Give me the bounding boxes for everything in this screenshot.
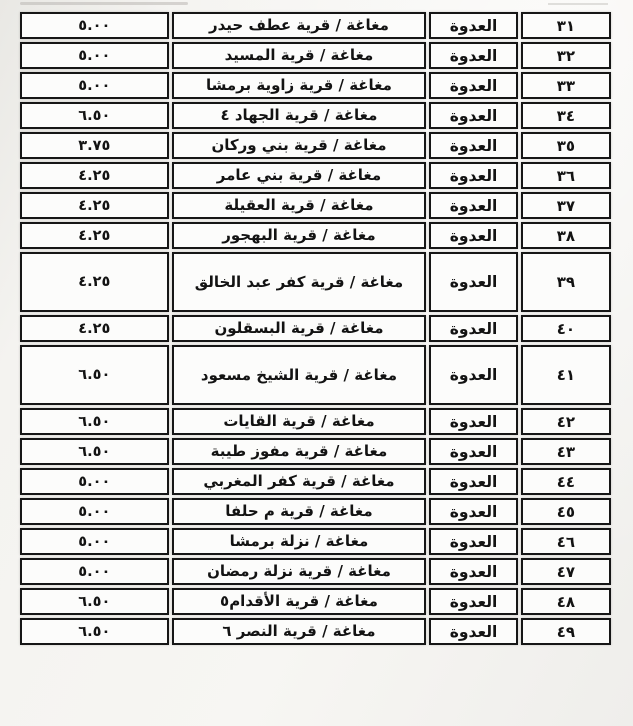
destination-cell: مغاغة / قرية نزلة رمضان [172, 558, 427, 585]
serial-cell: ٤٦ [521, 528, 611, 555]
destination-cell: مغاغة / قرية النصر ٦ [172, 618, 427, 645]
district-cell: العدوة [429, 192, 517, 219]
destination-cell: مغاغة / قرية الجهاد ٤ [172, 102, 427, 129]
district-cell: العدوة [429, 498, 517, 525]
district-cell: العدوة [429, 72, 517, 99]
fare-cell: ٦.٥٠ [20, 102, 169, 129]
fare-cell: ٥.٠٠ [20, 12, 169, 39]
district-cell: العدوة [429, 588, 517, 615]
serial-cell: ٤٣ [521, 438, 611, 465]
fare-cell: ٥.٠٠ [20, 468, 169, 495]
table-row: ٤١العدوةمغاغة / قرية الشيخ مسعود٦.٥٠ [20, 345, 611, 405]
district-cell: العدوة [429, 438, 517, 465]
table-row: ٤٢العدوةمغاغة / قرية القايات٦.٥٠ [20, 408, 611, 435]
fare-table-body: ٣١العدوةمغاغة / قرية عطف حيدر٥.٠٠٣٢العدو… [20, 12, 611, 645]
district-cell: العدوة [429, 558, 517, 585]
serial-cell: ٣٩ [521, 252, 611, 312]
serial-cell: ٣٥ [521, 132, 611, 159]
serial-cell: ٤١ [521, 345, 611, 405]
serial-cell: ٣٧ [521, 192, 611, 219]
fare-cell: ٤.٢٥ [20, 162, 169, 189]
destination-cell: مغاغة / قرية كفر عبد الخالق [172, 252, 427, 312]
table-row: ٣١العدوةمغاغة / قرية عطف حيدر٥.٠٠ [20, 12, 611, 39]
fare-cell: ٦.٥٠ [20, 438, 169, 465]
destination-cell: مغاغة / قرية مفوز طيبة [172, 438, 427, 465]
serial-cell: ٤٨ [521, 588, 611, 615]
destination-cell: مغاغة / قرية الأقدام٥ [172, 588, 427, 615]
destination-cell: مغاغة / قرية الشيخ مسعود [172, 345, 427, 405]
district-cell: العدوة [429, 618, 517, 645]
serial-cell: ٤٥ [521, 498, 611, 525]
district-cell: العدوة [429, 222, 517, 249]
table-row: ٤٨العدوةمغاغة / قرية الأقدام٥٦.٥٠ [20, 588, 611, 615]
fare-cell: ٤.٢٥ [20, 192, 169, 219]
fare-cell: ٦.٥٠ [20, 588, 169, 615]
district-cell: العدوة [429, 315, 517, 342]
district-cell: العدوة [429, 468, 517, 495]
district-cell: العدوة [429, 528, 517, 555]
serial-cell: ٣٣ [521, 72, 611, 99]
serial-cell: ٤٩ [521, 618, 611, 645]
fare-cell: ٥.٠٠ [20, 42, 169, 69]
serial-cell: ٣٢ [521, 42, 611, 69]
fare-cell: ٦.٥٠ [20, 408, 169, 435]
district-cell: العدوة [429, 345, 517, 405]
destination-cell: مغاغة / قرية عطف حيدر [172, 12, 427, 39]
serial-cell: ٣١ [521, 12, 611, 39]
fare-cell: ٥.٠٠ [20, 72, 169, 99]
fare-cell: ٦.٥٠ [20, 618, 169, 645]
table-row: ٤٧العدوةمغاغة / قرية نزلة رمضان٥.٠٠ [20, 558, 611, 585]
serial-cell: ٤٠ [521, 315, 611, 342]
district-cell: العدوة [429, 12, 517, 39]
table-row: ٤٩العدوةمغاغة / قرية النصر ٦٦.٥٠ [20, 618, 611, 645]
destination-cell: مغاغة / قرية زاوية برمشا [172, 72, 427, 99]
destination-cell: مغاغة / قرية البهجور [172, 222, 427, 249]
table-row: ٣٤العدوةمغاغة / قرية الجهاد ٤٦.٥٠ [20, 102, 611, 129]
district-cell: العدوة [429, 42, 517, 69]
destination-cell: مغاغة / نزلة برمشا [172, 528, 427, 555]
destination-cell: مغاغة / قرية العقيلة [172, 192, 427, 219]
district-cell: العدوة [429, 162, 517, 189]
fare-cell: ٤.٢٥ [20, 222, 169, 249]
serial-cell: ٣٤ [521, 102, 611, 129]
district-cell: العدوة [429, 408, 517, 435]
fare-table: ٣١العدوةمغاغة / قرية عطف حيدر٥.٠٠٣٢العدو… [17, 9, 614, 648]
table-row: ٣٢العدوةمغاغة / قرية المسيد٥.٠٠ [20, 42, 611, 69]
table-row: ٤٤العدوةمغاغة / قرية كفر المغربي٥.٠٠ [20, 468, 611, 495]
serial-cell: ٣٦ [521, 162, 611, 189]
serial-cell: ٤٧ [521, 558, 611, 585]
serial-cell: ٤٤ [521, 468, 611, 495]
destination-cell: مغاغة / قرية بني عامر [172, 162, 427, 189]
table-row: ٤٠العدوةمغاغة / قرية البسقلون٤.٢٥ [20, 315, 611, 342]
table-row: ٣٦العدوةمغاغة / قرية بني عامر٤.٢٥ [20, 162, 611, 189]
fare-cell: ٦.٥٠ [20, 345, 169, 405]
table-row: ٤٦العدوةمغاغة / نزلة برمشا٥.٠٠ [20, 528, 611, 555]
fare-cell: ٤.٢٥ [20, 252, 169, 312]
destination-cell: مغاغة / قرية بني وركان [172, 132, 427, 159]
destination-cell: مغاغة / قرية القايات [172, 408, 427, 435]
destination-cell: مغاغة / قرية م حلفا [172, 498, 427, 525]
fare-cell: ٥.٠٠ [20, 558, 169, 585]
table-row: ٣٩العدوةمغاغة / قرية كفر عبد الخالق٤.٢٥ [20, 252, 611, 312]
table-row: ٤٣العدوةمغاغة / قرية مفوز طيبة٦.٥٠ [20, 438, 611, 465]
district-cell: العدوة [429, 102, 517, 129]
fare-cell: ٣.٧٥ [20, 132, 169, 159]
fare-cell: ٥.٠٠ [20, 498, 169, 525]
district-cell: العدوة [429, 252, 517, 312]
destination-cell: مغاغة / قرية كفر المغربي [172, 468, 427, 495]
destination-cell: مغاغة / قرية البسقلون [172, 315, 427, 342]
serial-cell: ٤٢ [521, 408, 611, 435]
fare-cell: ٥.٠٠ [20, 528, 169, 555]
table-row: ٤٥العدوةمغاغة / قرية م حلفا٥.٠٠ [20, 498, 611, 525]
table-row: ٣٧العدوةمغاغة / قرية العقيلة٤.٢٥ [20, 192, 611, 219]
scan-artifact-cropped-row-line [20, 2, 188, 5]
serial-cell: ٣٨ [521, 222, 611, 249]
table-row: ٣٥العدوةمغاغة / قرية بني وركان٣.٧٥ [20, 132, 611, 159]
table-row: ٣٨العدوةمغاغة / قرية البهجور٤.٢٥ [20, 222, 611, 249]
destination-cell: مغاغة / قرية المسيد [172, 42, 427, 69]
scan-artifact-cropped-row-line-right [548, 3, 608, 5]
fare-cell: ٤.٢٥ [20, 315, 169, 342]
district-cell: العدوة [429, 132, 517, 159]
table-row: ٣٣العدوةمغاغة / قرية زاوية برمشا٥.٠٠ [20, 72, 611, 99]
